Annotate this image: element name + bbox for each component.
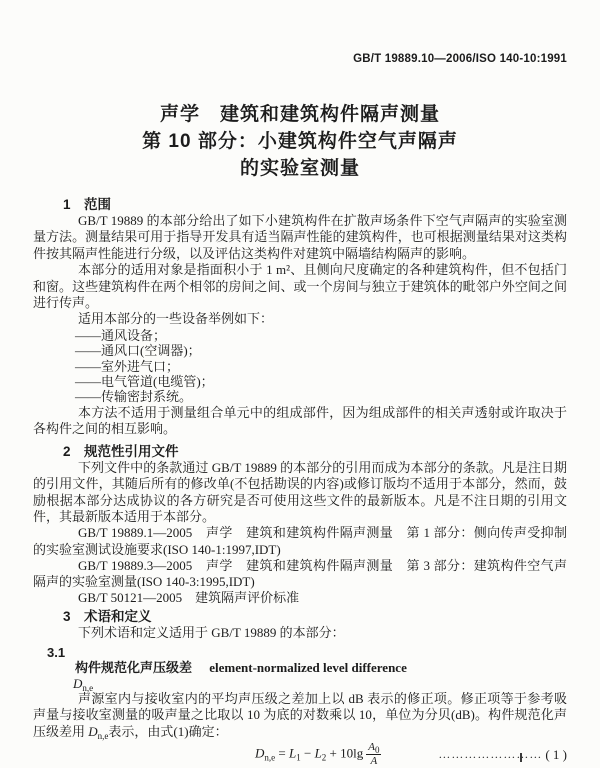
list-item: ——通风口(空调器)； — [75, 343, 567, 358]
eq-num-sub: 0 — [375, 745, 380, 755]
title-line-2: 第 10 部分：小建筑构件空气声隔声 — [33, 128, 567, 155]
scan-artifact — [520, 753, 522, 762]
section-1-paragraph-4: 本方法不适用于测量组合单元中的组成部件，因为组成部件的相关声透射或许取决于各构件… — [33, 405, 567, 438]
equipment-list: ——通风设备； ——通风口(空调器)； ——室外进气口； ——电气管道(电缆管)… — [33, 328, 567, 405]
reference-item: GB/T 50121—2005 建筑隔声评价标准 — [33, 590, 567, 606]
page-content: GB/T 19889.10—2006/ISO 140-10:1991 声学 建筑… — [33, 0, 567, 768]
section-2-heading: 2 规范性引用文件 — [63, 443, 567, 460]
equation-expression: Dn,e = L1 − L2 + 10lgA0A — [255, 742, 381, 767]
section-1-paragraph-1: GB/T 19889 的本部分给出了如下小建筑构件在扩散声场条件下空气声隔声的实… — [33, 213, 567, 262]
equation-number: ( 1 ) — [545, 747, 567, 763]
title-line-3: 的实验室测量 — [33, 155, 567, 182]
term-english: element-normalized level difference — [209, 660, 407, 675]
inline-symbol: D — [88, 724, 97, 739]
standard-code-header: GB/T 19889.10—2006/ISO 140-10:1991 — [33, 0, 567, 65]
doc-title: 声学 建筑和建筑构件隔声测量 第 10 部分：小建筑构件空气声隔声 的实验室测量 — [33, 101, 567, 182]
section-2-paragraph-1: 下列文件中的条款通过 GB/T 19889 的本部分的引用而成为本部分的条款。凡… — [33, 460, 567, 526]
eq-den-letter: A — [371, 755, 378, 767]
eq-num-letter: A — [368, 741, 375, 753]
eq-minus: − — [301, 746, 315, 761]
dot-leader: …………………… — [415, 747, 542, 762]
symbol-dne: Dn,e — [73, 676, 567, 691]
section-3-paragraph-1: 下列术语和定义适用于 GB/T 19889 的本部分： — [33, 625, 567, 641]
section-1-paragraph-2: 本部分的适用对象是指面积小于 1 m²、且侧向尺度确定的各种建筑构件，但不包括门… — [33, 262, 567, 311]
title-line-1: 声学 建筑和建筑构件隔声测量 — [33, 101, 567, 128]
term-chinese: 构件规范化声压级差 — [75, 660, 192, 675]
section-1-paragraph-3: 适用本部分的一些设备举例如下： — [33, 311, 567, 327]
definition-text-2: 表示，由式(1)确定： — [108, 724, 227, 739]
inline-symbol-subscript: n,e — [98, 731, 109, 741]
eq-lhs-sub: n,e — [264, 753, 275, 763]
eq-fraction: A0A — [366, 742, 381, 767]
list-item: ——室外进气口； — [75, 359, 567, 374]
list-item: ——传输密封系统。 — [75, 389, 567, 404]
eq-fraction-numerator: A0 — [366, 742, 381, 755]
eq-fraction-denominator: A — [371, 755, 378, 767]
list-item: ——通风设备； — [75, 328, 567, 343]
eq-lhs: D — [255, 746, 264, 761]
list-item: ——电气管道(电缆管)； — [75, 374, 567, 389]
eq-equals: = — [275, 746, 289, 761]
term-line: 构件规范化声压级差 element-normalized level diffe… — [75, 660, 567, 676]
eq-term-2: L — [315, 746, 322, 761]
section-3-heading: 3 术语和定义 — [63, 608, 567, 625]
clause-number: 3.1 — [47, 645, 567, 660]
eq-plus-log: + 10lg — [326, 746, 363, 761]
equation-1: Dn,e = L1 − L2 + 10lgA0A …………………… ( 1 ) — [33, 742, 567, 768]
document-page: GB/T 19889.10—2006/ISO 140-10:1991 声学 建筑… — [0, 0, 600, 768]
reference-item: GB/T 19889.1—2005 声学 建筑和建筑构件隔声测量 第 1 部分：… — [33, 525, 567, 557]
symbol-letter: D — [73, 676, 82, 691]
reference-item: GB/T 19889.3—2005 声学 建筑和建筑构件隔声测量 第 3 部分：… — [33, 558, 567, 590]
section-1-heading: 1 范围 — [63, 196, 567, 213]
definition-paragraph: 声源室内与接收室内的平均声压级之差加上以 dB 表示的修正项。修正项等于参考吸声… — [33, 691, 567, 740]
